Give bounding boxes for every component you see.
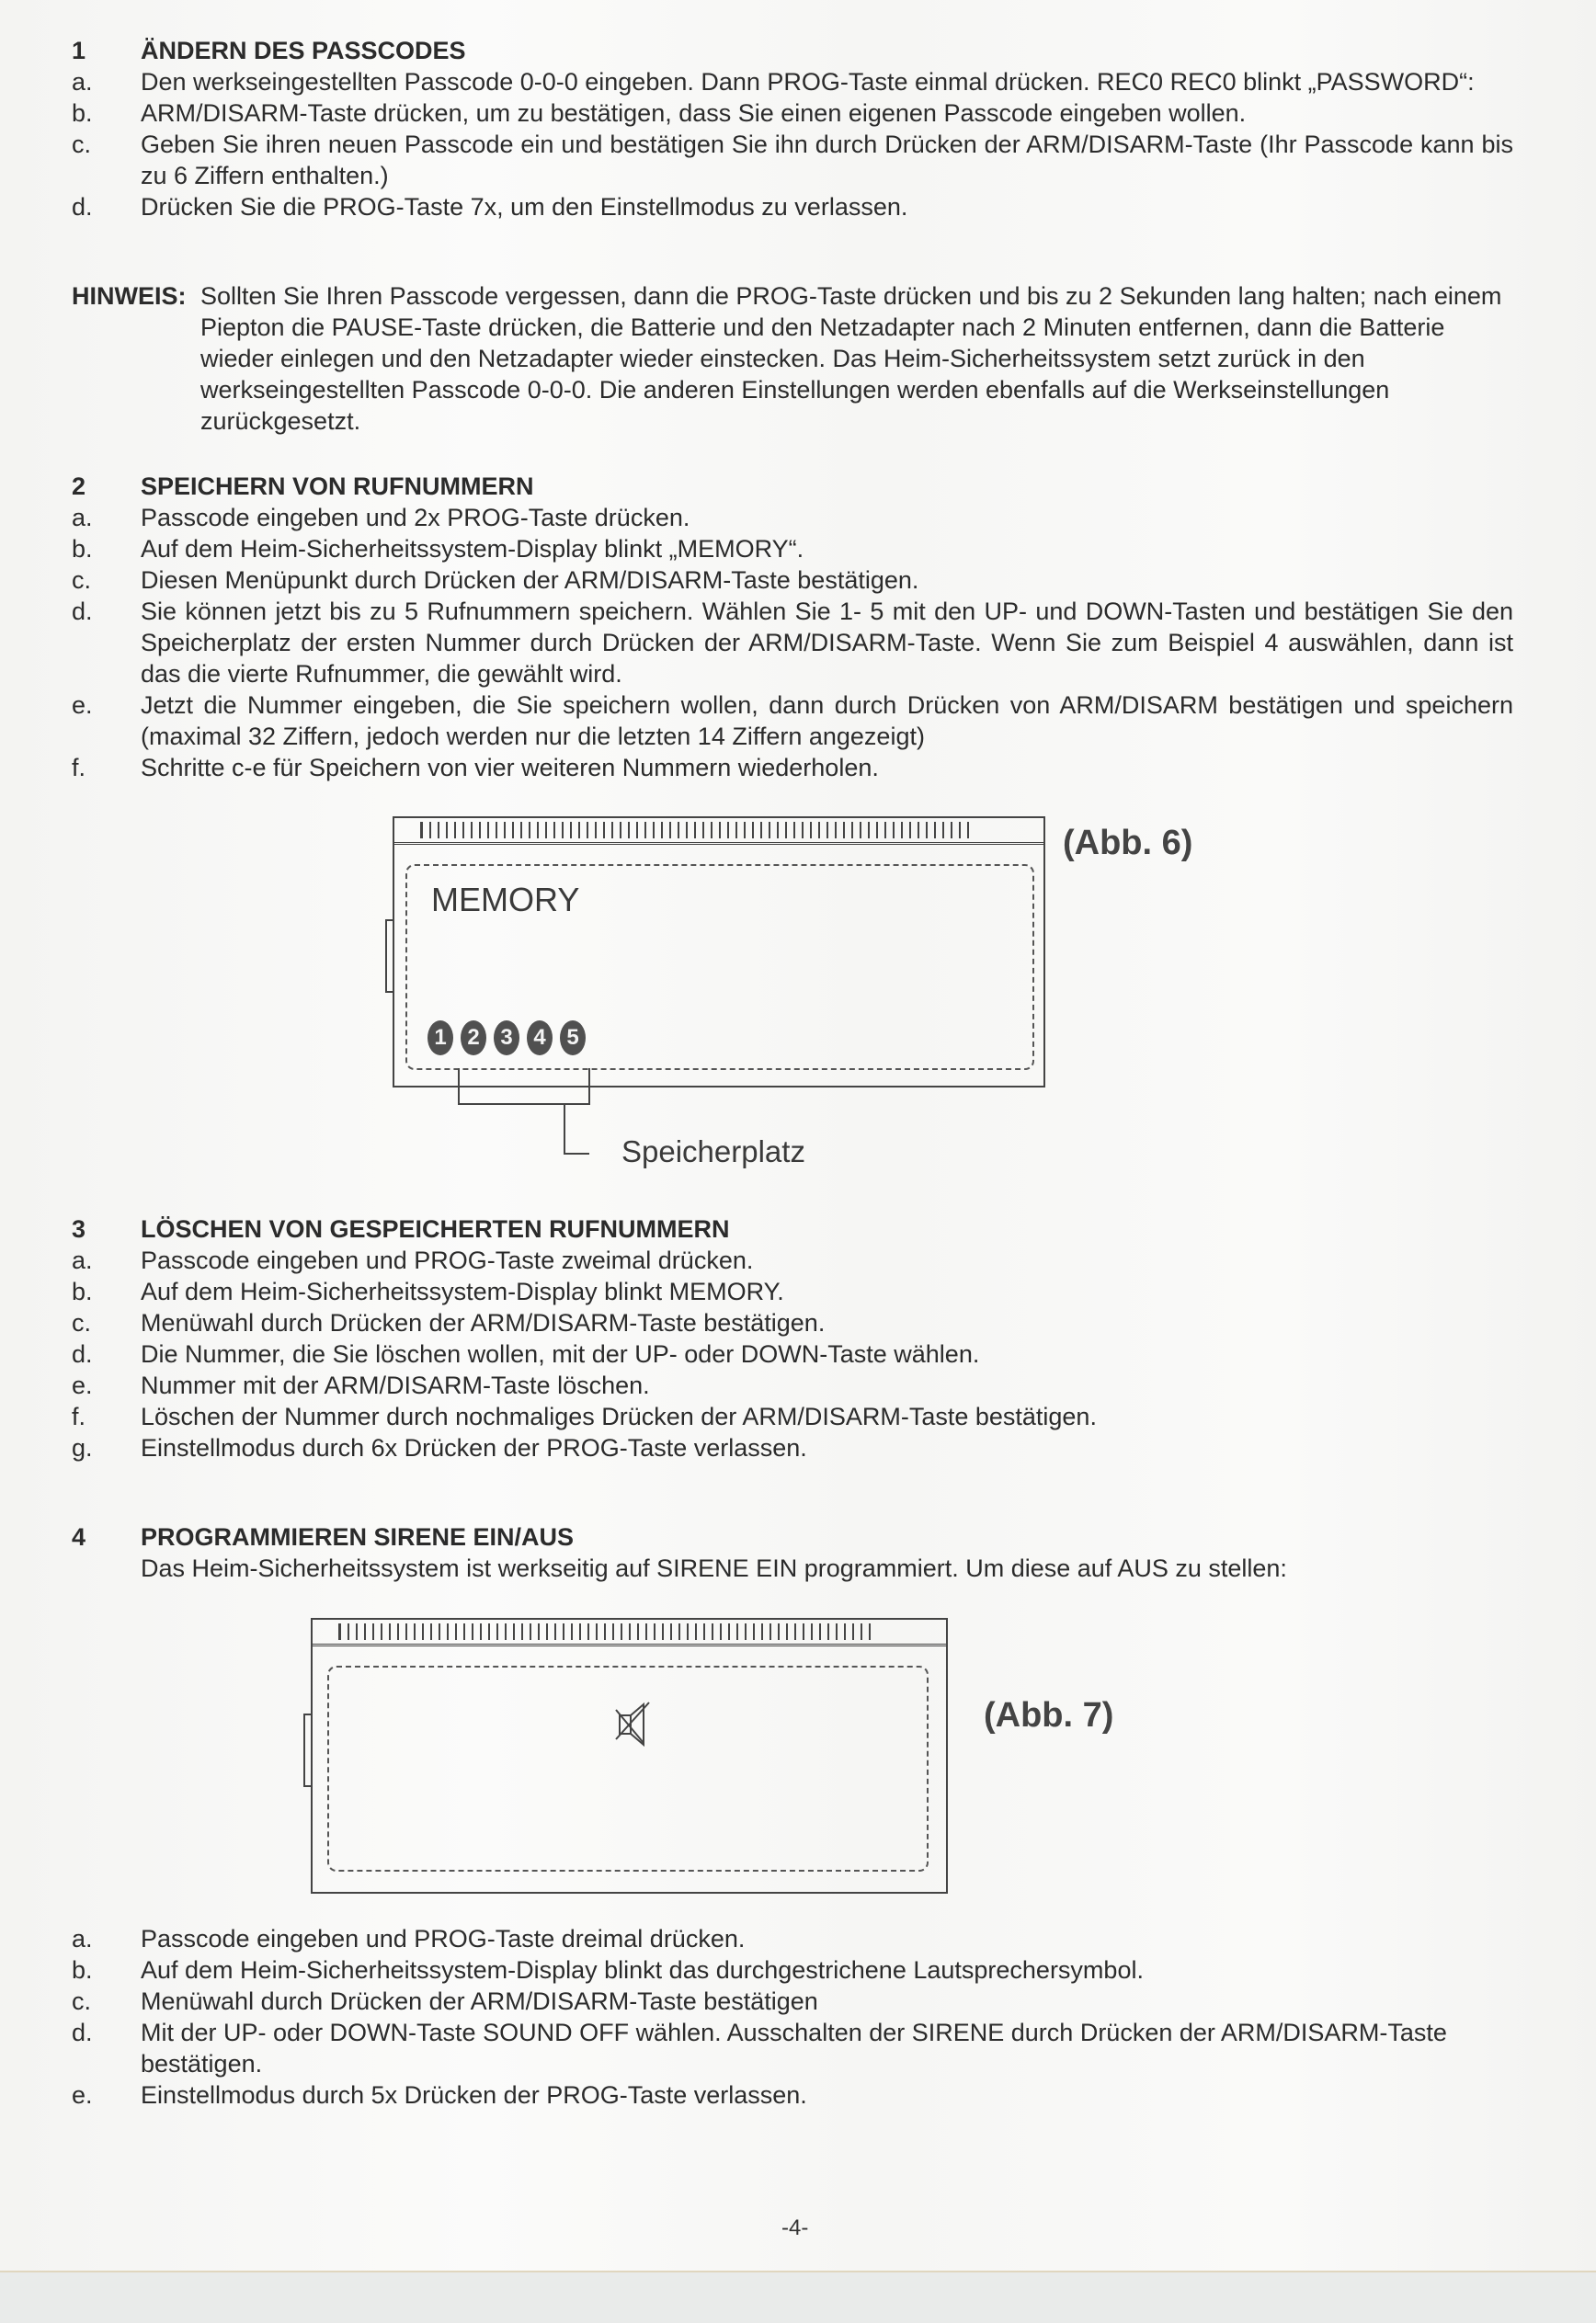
step-text: Einstellmodus durch 6x Drücken der PROG-… [141, 1432, 1513, 1463]
step-item: e.Nummer mit der ARM/DISARM-Taste lösche… [72, 1370, 1513, 1401]
section-title: SPEICHERN VON RUFNUMMERN [141, 471, 534, 502]
note-label: HINWEIS: [72, 280, 200, 437]
step-text: Löschen der Nummer durch nochmaliges Drü… [141, 1401, 1513, 1432]
scan-bottom-edge [0, 2271, 1596, 2323]
section-heading: 4 PROGRAMMIEREN SIRENE EIN/AUS [72, 1521, 1513, 1553]
step-item: b.Auf dem Heim-Sicherheitssystem-Display… [72, 1954, 1513, 1986]
memory-slot-5: 5 [560, 1020, 586, 1055]
step-label: c. [72, 1307, 141, 1338]
step-label: d. [72, 191, 141, 222]
section-4: 4 PROGRAMMIEREN SIRENE EIN/AUS Das Heim-… [72, 1521, 1513, 1584]
lcd-top-segment-bar [394, 818, 1043, 845]
step-text: ARM/DISARM-Taste drücken, um zu bestätig… [141, 97, 1513, 129]
section-4-steps: a.Passcode eingeben und PROG-Taste dreim… [72, 1923, 1513, 2111]
step-label: a. [72, 502, 141, 533]
step-text: Den werkseingestellten Passcode 0-0-0 ei… [141, 66, 1513, 97]
step-label: e. [72, 1370, 141, 1401]
section-intro: Das Heim-Sicherheitssystem ist werkseiti… [72, 1553, 1513, 1584]
step-text: Geben Sie ihren neuen Passcode ein und b… [141, 129, 1513, 191]
step-item: b.Auf dem Heim-Sicherheitssystem-Display… [72, 1276, 1513, 1307]
step-item: e.Einstellmodus durch 5x Drücken der PRO… [72, 2079, 1513, 2111]
step-item: d.Mit der UP- oder DOWN-Taste SOUND OFF … [72, 2017, 1513, 2079]
step-label: a. [72, 1245, 141, 1276]
step-text: Menüwahl durch Drücken der ARM/DISARM-Ta… [141, 1307, 1513, 1338]
step-item: c.Menüwahl durch Drücken der ARM/DISARM-… [72, 1986, 1513, 2017]
step-item: a.Den werkseingestellten Passcode 0-0-0 … [72, 66, 1513, 97]
step-item: e.Jetzt die Nummer eingeben, die Sie spe… [72, 689, 1513, 752]
step-label: b. [72, 1954, 141, 1986]
step-text: Passcode eingeben und 2x PROG-Taste drüc… [141, 502, 1513, 533]
page-number: -4- [781, 2215, 808, 2241]
step-item: a.Passcode eingeben und PROG-Taste dreim… [72, 1923, 1513, 1954]
section-heading: 1 ÄNDERN DES PASSCODES [72, 35, 1513, 66]
step-item: c.Geben Sie ihren neuen Passcode ein und… [72, 129, 1513, 191]
section-1: 1 ÄNDERN DES PASSCODES a.Den werkseinges… [72, 35, 1513, 222]
step-item: a.Passcode eingeben und PROG-Taste zweim… [72, 1245, 1513, 1276]
lcd-dashed-area [327, 1666, 929, 1872]
step-label: c. [72, 129, 141, 191]
step-text: Passcode eingeben und PROG-Taste zweimal… [141, 1245, 1513, 1276]
step-label: b. [72, 97, 141, 129]
step-item: d.Die Nummer, die Sie löschen wollen, mi… [72, 1338, 1513, 1370]
step-label: b. [72, 533, 141, 564]
memory-slot-1: 1 [427, 1020, 453, 1055]
section-2: 2 SPEICHERN VON RUFNUMMERN a.Passcode ei… [72, 471, 1513, 783]
step-item: g.Einstellmodus durch 6x Drücken der PRO… [72, 1432, 1513, 1463]
step-label: c. [72, 1986, 141, 2017]
figure-label-abb-7: (Abb. 7) [984, 1696, 1113, 1736]
step-text: Einstellmodus durch 5x Drücken der PROG-… [141, 2079, 1513, 2111]
note-text: Sollten Sie Ihren Passcode vergessen, da… [200, 280, 1513, 437]
step-text: Nummer mit der ARM/DISARM-Taste löschen. [141, 1370, 1513, 1401]
step-label: e. [72, 689, 141, 752]
step-label: f. [72, 752, 141, 783]
step-text: Mit der UP- oder DOWN-Taste SOUND OFF wä… [141, 2017, 1513, 2079]
section-number: 1 [72, 35, 141, 66]
step-item: d.Sie können jetzt bis zu 5 Rufnummern s… [72, 596, 1513, 689]
step-text: Drücken Sie die PROG-Taste 7x, um den Ei… [141, 191, 1513, 222]
step-text: Diesen Menüpunkt durch Drücken der ARM/D… [141, 564, 1513, 596]
section-3: 3 LÖSCHEN VON GESPEICHERTEN RUFNUMMERN a… [72, 1213, 1513, 1463]
step-item: b.Auf dem Heim-Sicherheitssystem-Display… [72, 533, 1513, 564]
section-heading: 3 LÖSCHEN VON GESPEICHERTEN RUFNUMMERN [72, 1213, 1513, 1245]
lcd-display-figure-6: MEMORY 1 2 3 4 5 [393, 816, 1045, 1087]
step-item: d.Drücken Sie die PROG-Taste 7x, um den … [72, 191, 1513, 222]
step-label: b. [72, 1276, 141, 1307]
step-item: c.Diesen Menüpunkt durch Drücken der ARM… [72, 564, 1513, 596]
memory-slot-2: 2 [461, 1020, 486, 1055]
step-label: e. [72, 2079, 141, 2111]
step-item: a.Passcode eingeben und 2x PROG-Taste dr… [72, 502, 1513, 533]
section-title: ÄNDERN DES PASSCODES [141, 35, 466, 66]
step-text: Sie können jetzt bis zu 5 Rufnummern spe… [141, 596, 1513, 689]
step-label: f. [72, 1401, 141, 1432]
section-number: 2 [72, 471, 141, 502]
lcd-memory-text: MEMORY [431, 881, 579, 919]
memory-slot-3: 3 [494, 1020, 519, 1055]
step-item: f.Schritte c-e für Speichern von vier we… [72, 752, 1513, 783]
step-text: Auf dem Heim-Sicherheitssystem-Display b… [141, 533, 1513, 564]
callout-stem [564, 1103, 589, 1155]
note-block: HINWEIS: Sollten Sie Ihren Passcode verg… [72, 280, 1513, 437]
step-label: c. [72, 564, 141, 596]
step-item: f.Löschen der Nummer durch nochmaliges D… [72, 1401, 1513, 1432]
figure-label-abb-6: (Abb. 6) [1063, 824, 1192, 863]
step-label: a. [72, 1923, 141, 1954]
step-text: Jetzt die Nummer eingeben, die Sie speic… [141, 689, 1513, 752]
step-label: d. [72, 2017, 141, 2079]
step-item: b.ARM/DISARM-Taste drücken, um zu bestät… [72, 97, 1513, 129]
step-label: g. [72, 1432, 141, 1463]
section-title: PROGRAMMIEREN SIRENE EIN/AUS [141, 1521, 574, 1553]
step-item: c.Menüwahl durch Drücken der ARM/DISARM-… [72, 1307, 1513, 1338]
lcd-side-tab [385, 919, 394, 993]
memory-slot-indicators: 1 2 3 4 5 [427, 1020, 586, 1055]
lcd-top-segment-bar [313, 1620, 946, 1646]
step-label: d. [72, 596, 141, 689]
step-text: Die Nummer, die Sie löschen wollen, mit … [141, 1338, 1513, 1370]
callout-speicherplatz: Speicherplatz [621, 1134, 805, 1169]
lcd-display-figure-7 [311, 1618, 948, 1894]
section-title: LÖSCHEN VON GESPEICHERTEN RUFNUMMERN [141, 1213, 730, 1245]
memory-slot-4: 4 [527, 1020, 553, 1055]
speaker-muted-icon [614, 1699, 651, 1750]
step-text: Menüwahl durch Drücken der ARM/DISARM-Ta… [141, 1986, 1513, 2017]
section-heading: 2 SPEICHERN VON RUFNUMMERN [72, 471, 1513, 502]
section-number: 3 [72, 1213, 141, 1245]
step-label: a. [72, 66, 141, 97]
step-text: Auf dem Heim-Sicherheitssystem-Display b… [141, 1954, 1513, 1986]
step-text: Auf dem Heim-Sicherheitssystem-Display b… [141, 1276, 1513, 1307]
callout-bracket [458, 1068, 590, 1105]
step-label: d. [72, 1338, 141, 1370]
step-text: Passcode eingeben und PROG-Taste dreimal… [141, 1923, 1513, 1954]
step-text: Schritte c-e für Speichern von vier weit… [141, 752, 1513, 783]
lcd-side-tab [303, 1714, 313, 1787]
section-number: 4 [72, 1521, 141, 1553]
